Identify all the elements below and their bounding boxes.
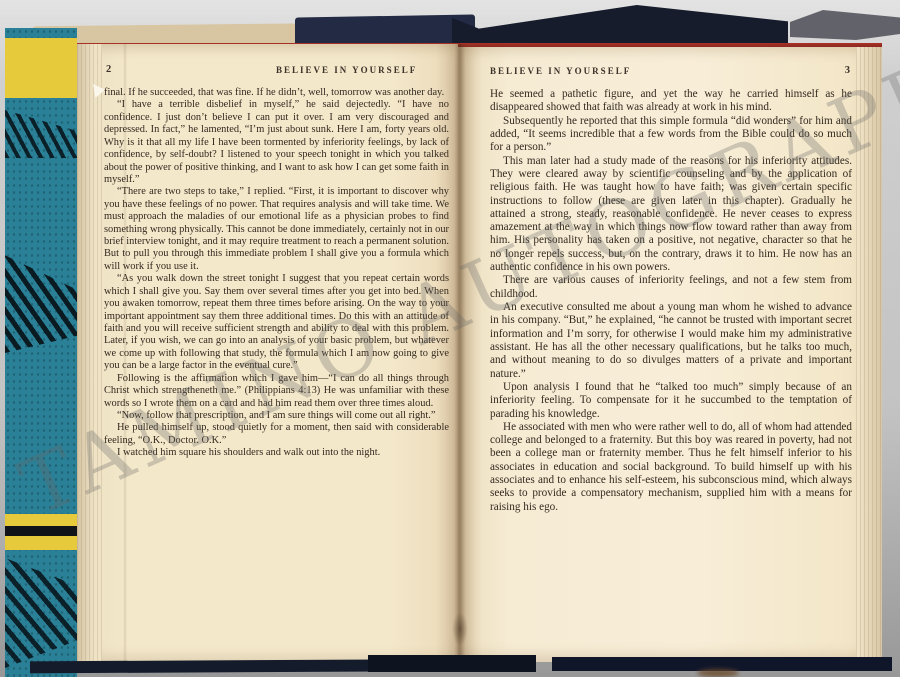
running-head-title-right: BELIEVE IN YOURSELF bbox=[490, 66, 631, 76]
paragraph: He seemed a pathetic figure, and yet the… bbox=[490, 88, 852, 115]
page-left: 2 BELIEVE IN YOURSELF final. If he succe… bbox=[77, 44, 458, 665]
page-right: BELIEVE IN YOURSELF 3 He seemed a pathet… bbox=[458, 47, 882, 662]
body-text-right: He seemed a pathetic figure, and yet the… bbox=[490, 88, 852, 514]
paragraph: Subsequently he reported that this simpl… bbox=[490, 115, 852, 155]
paragraph: “As you walk down the street tonight I s… bbox=[104, 273, 449, 372]
paragraph: “Now, follow that prescription, and I am… bbox=[104, 410, 449, 422]
paragraph: He associated with men who were rather w… bbox=[490, 421, 852, 514]
paragraph: Upon analysis I found that he “talked to… bbox=[490, 381, 852, 421]
body-text-left: final. If he succeeded, that was fine. I… bbox=[104, 87, 449, 460]
cover-yellow-band-top bbox=[5, 38, 77, 98]
paragraph: This man later had a study made of the r… bbox=[490, 155, 852, 275]
paragraph: final. If he succeeded, that was fine. I… bbox=[104, 87, 449, 99]
running-head-title-left: BELIEVE IN YOURSELF bbox=[276, 65, 417, 75]
right-page-edge-stack bbox=[856, 47, 882, 662]
gutter-smudge bbox=[452, 612, 468, 646]
paragraph: I watched him square his shoulders and w… bbox=[104, 447, 449, 459]
gutter-shadow bbox=[436, 44, 482, 666]
left-page-edge-stack bbox=[77, 44, 102, 665]
cover-cloth-bottom-chunk bbox=[368, 655, 536, 672]
book-cover-spine bbox=[5, 28, 77, 677]
bottom-shadow-smudge bbox=[697, 669, 739, 677]
paragraph: Following is the affirmation which I gav… bbox=[104, 373, 449, 410]
cover-cloth-top-right bbox=[452, 5, 788, 48]
open-book-photo: 2 BELIEVE IN YOURSELF final. If he succe… bbox=[0, 0, 900, 677]
cover-shadow-top-right bbox=[790, 10, 900, 40]
running-head-right: BELIEVE IN YOURSELF 3 bbox=[490, 65, 852, 81]
page-number-left: 2 bbox=[106, 64, 111, 75]
paragraph: He pulled himself up, stood quietly for … bbox=[104, 422, 449, 447]
paragraph: “I have a terrible disbelief in myself,”… bbox=[104, 99, 449, 186]
page-number-right: 3 bbox=[845, 65, 850, 76]
paragraph: An executive consulted me about a young … bbox=[490, 301, 852, 381]
cover-black-stripe bbox=[5, 526, 77, 536]
paragraph: “There are two steps to take,” I replied… bbox=[104, 186, 449, 273]
running-head-left: 2 BELIEVE IN YOURSELF bbox=[104, 64, 449, 80]
paragraph: There are various causes of inferiority … bbox=[490, 274, 852, 301]
